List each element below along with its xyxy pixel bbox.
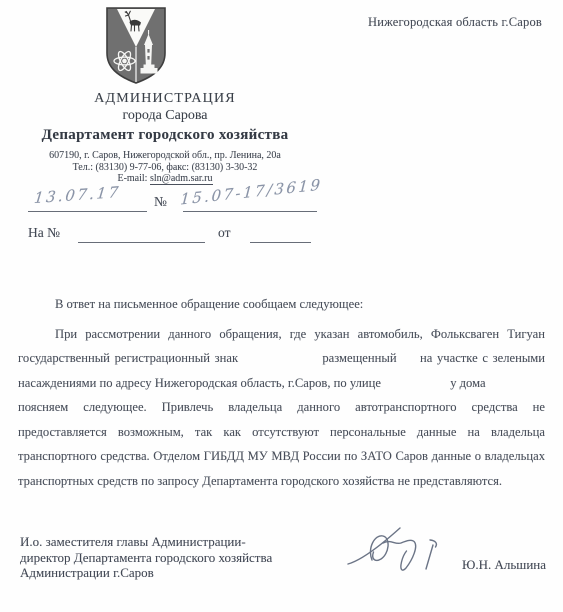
body-line: При рассмотрении данного обращения, где … — [18, 322, 545, 347]
region-city-line: Нижегородская область г.Саров — [368, 15, 542, 30]
number-sign-label: № — [154, 194, 167, 210]
body-line: предоставляется возможным, так как отсут… — [18, 420, 545, 445]
handwritten-signature-icon — [342, 512, 454, 582]
email-label: E-mail: — [117, 173, 150, 184]
postal-address: 607190, г. Саров, Нижегородской обл., пр… — [0, 150, 330, 162]
phone-fax-line: Тел.: (83130) 9-77-06, факс: (83130) 3-3… — [0, 162, 330, 174]
intro-paragraph: В ответ на письменное обращение сообщаем… — [18, 292, 545, 317]
body-line: государственный регистрационный знак раз… — [18, 346, 545, 371]
reference-block: 13.07.17 № 15.07-17/3619 На № от — [28, 188, 348, 252]
number-blank-line — [183, 211, 317, 212]
reply-from-label: от — [218, 225, 230, 241]
signatory-title-line1: И.о. заместителя главы Администрации- — [20, 534, 320, 550]
letter-body: В ответ на письменное обращение сообщаем… — [18, 292, 545, 493]
org-name-line1: АДМИНИСТРАЦИЯ — [0, 91, 330, 107]
signatory-name: Ю.Н. Альшина — [462, 557, 546, 573]
main-paragraph: При рассмотрении данного обращения, где … — [18, 322, 545, 494]
body-line: транспортного средства. Отделом ГИБДД МУ… — [18, 444, 545, 469]
signatory-title-line2: директор Департамента городского хозяйст… — [20, 550, 320, 566]
signatory-title-line3: Администрации г.Саров — [20, 565, 320, 581]
scanned-letter-page: Нижегородская область г.Саров — [0, 0, 563, 612]
signatory-title-block: И.о. заместителя главы Администрации- ди… — [20, 534, 320, 581]
org-name-line3: Департамент городского хозяйства — [0, 127, 330, 144]
email-address: sln@adm.sar.ru — [150, 173, 213, 185]
body-line: транспортных средств по запросу Департам… — [18, 469, 545, 494]
date-blank-line — [28, 211, 147, 212]
body-line: поясняем следующее. Привлечь владельца д… — [18, 395, 545, 420]
reply-number-blank-line — [78, 242, 205, 243]
reply-date-blank-line — [250, 242, 311, 243]
handwritten-date: 13.07.17 — [33, 183, 121, 207]
letterhead: АДМИНИСТРАЦИЯ города Сарова Департамент … — [0, 91, 330, 185]
sarov-coat-of-arms-icon — [103, 5, 169, 87]
body-line: насаждениями по адресу Нижегородская обл… — [18, 371, 545, 396]
reply-to-label: На № — [28, 225, 60, 241]
org-name-line2: города Сарова — [0, 108, 330, 124]
